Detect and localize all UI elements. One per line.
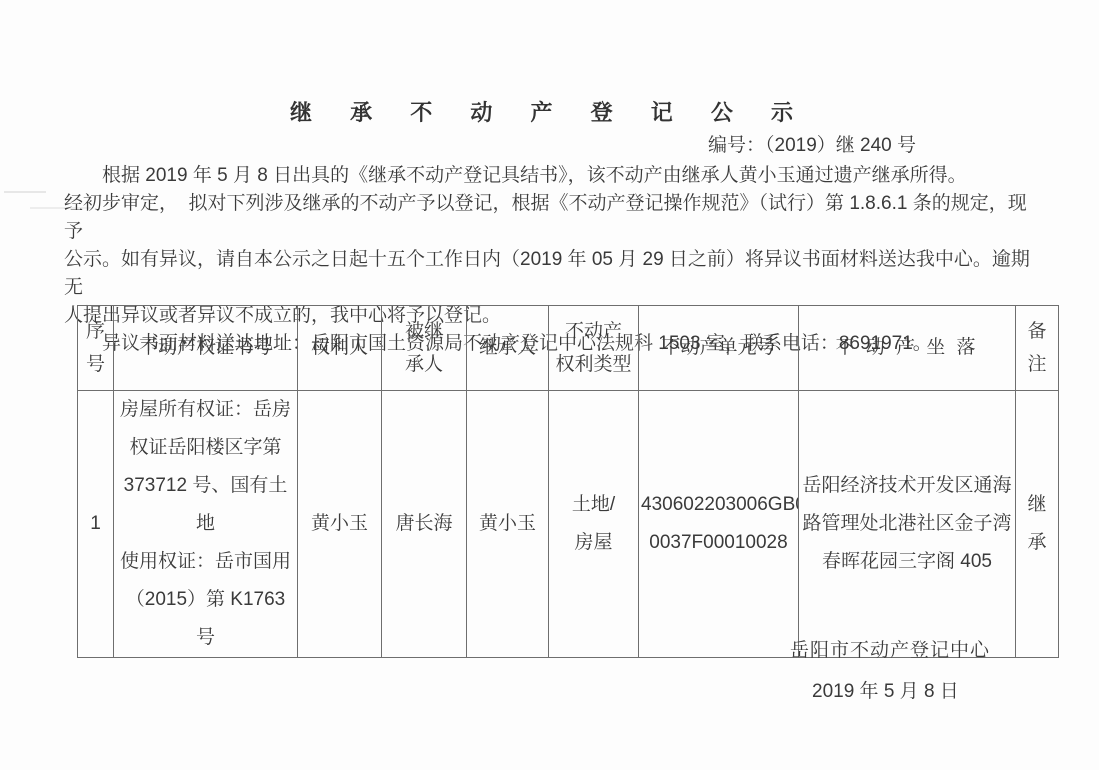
header-unit-no: 不动产单元号 bbox=[639, 306, 799, 391]
header-heir: 继承人 bbox=[467, 306, 549, 391]
scanned-notice-page: 继 承 不 动 产 登 记 公 示 编号：（2019）继 240 号 根据 20… bbox=[0, 0, 1099, 770]
doc-number: 编号：（2019）继 240 号 bbox=[708, 130, 916, 157]
issuing-organization: 岳阳市不动产登记中心 bbox=[790, 635, 990, 662]
page-title: 继 承 不 动 产 登 记 公 示 bbox=[0, 96, 1099, 127]
registration-table: 序 号 不动产权证书号 权利人 被继 承人 继承人 不动产 权利类型 不动产单元… bbox=[77, 305, 1059, 658]
cell-serial-no: 1 bbox=[78, 391, 114, 658]
header-remarks: 备 注 bbox=[1016, 306, 1059, 391]
header-right-holder: 权利人 bbox=[298, 306, 382, 391]
cell-location: 岳阳经济技术开发区通海 路管理处北港社区金子湾 春晖花园三字阁 405 bbox=[799, 391, 1016, 658]
table-header-row: 序 号 不动产权证书号 权利人 被继 承人 继承人 不动产 权利类型 不动产单元… bbox=[78, 306, 1059, 391]
header-serial-no: 序 号 bbox=[78, 306, 114, 391]
body-line: 根据 2019 年 5 月 8 日出具的《继承不动产登记具结书》，该不动产由继承… bbox=[64, 162, 1044, 190]
header-right-type: 不动产 权利类型 bbox=[549, 306, 639, 391]
header-decedent: 被继 承人 bbox=[382, 306, 467, 391]
cell-certificate-no: 房屋所有权证：岳房 权证岳阳楼区字第 373712 号、国有土地 使用权证：岳市… bbox=[114, 391, 298, 658]
table-row: 1 房屋所有权证：岳房 权证岳阳楼区字第 373712 号、国有土地 使用权证：… bbox=[78, 391, 1059, 658]
cell-right-type: 土地/ 房屋 bbox=[549, 391, 639, 658]
cell-right-holder: 黄小玉 bbox=[298, 391, 382, 658]
cell-unit-no: 430602203006GB0 0037F00010028 bbox=[639, 391, 799, 658]
header-certificate-no: 不动产权证书号 bbox=[114, 306, 298, 391]
scan-artifact bbox=[4, 191, 46, 193]
cell-decedent: 唐长海 bbox=[382, 391, 467, 658]
body-line: 公示。如有异议，请自本公示之日起十五个工作日内（2019 年 05 月 29 日… bbox=[64, 246, 1044, 302]
cell-heir: 黄小玉 bbox=[467, 391, 549, 658]
cell-remarks: 继 承 bbox=[1016, 391, 1059, 658]
header-location: 不 动 产 坐 落 bbox=[799, 306, 1016, 391]
body-line: 经初步审定， 拟对下列涉及继承的不动产予以登记，根据《不动产登记操作规范》（试行… bbox=[64, 190, 1044, 246]
issue-date: 2019 年 5 月 8 日 bbox=[812, 676, 959, 703]
